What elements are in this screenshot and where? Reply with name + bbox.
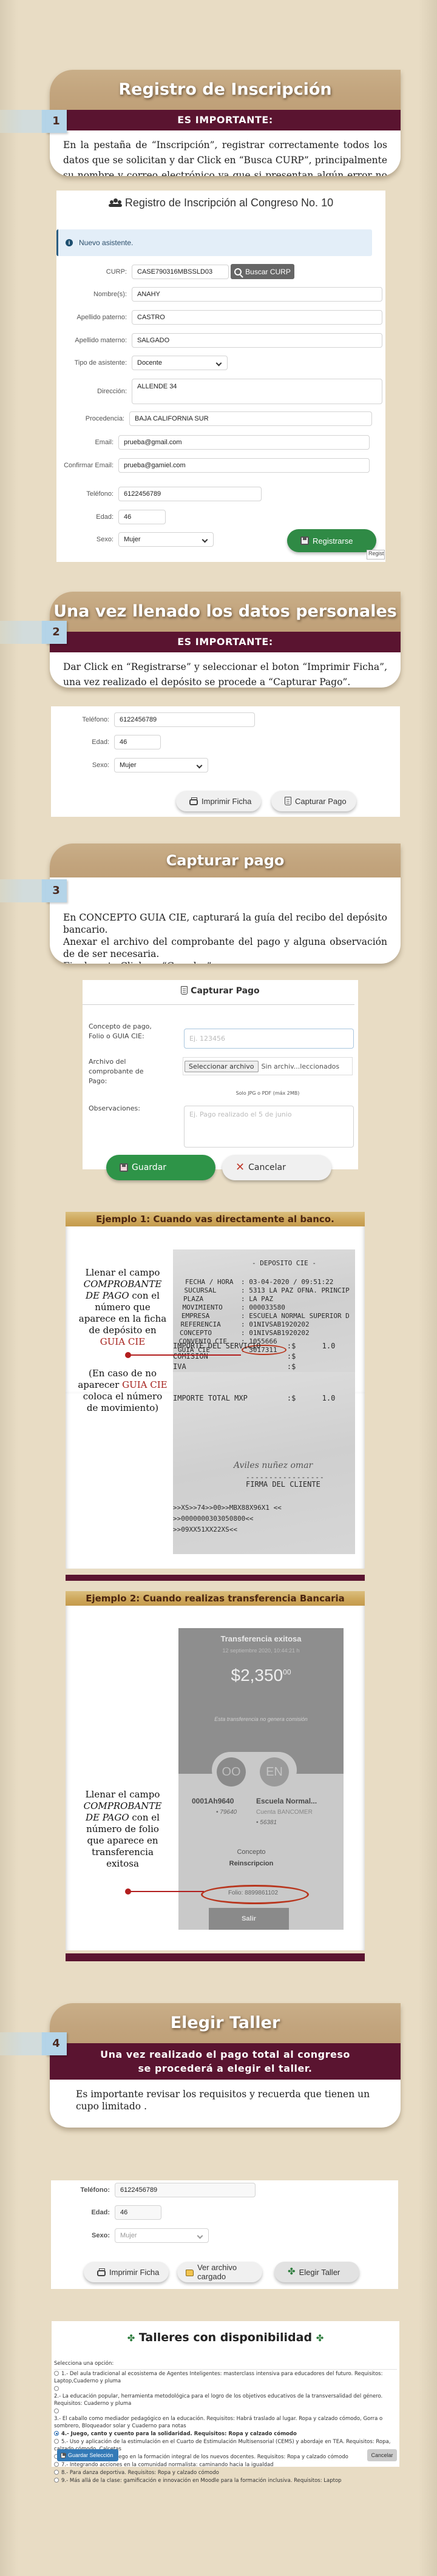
title-divider [83,1004,354,1005]
telefono-input[interactable]: 6122456789 [118,487,262,501]
step3-tab: 3 [0,879,67,902]
talleres-prompt: Selecciona una opción: [54,2360,113,2367]
taller-option[interactable]: 2.- La educación popular, herramienta me… [54,2385,399,2407]
step1-body: En la pestaña de “Inscripción”, registra… [50,130,401,176]
receipt-value: : 01NIVSAB1920202 [241,1320,310,1328]
buscar-curp-button[interactable]: Buscar CURP [231,264,294,279]
apellido-paterno-input[interactable]: CASTRO [132,310,382,325]
telefono-input[interactable]: 6122456789 [114,712,255,727]
email-input[interactable]: prueba@gmail.com [118,435,370,450]
step2-number: 2 [46,621,67,644]
receipt-key: REFERENCIA [181,1320,221,1328]
taller-option-label: 2.- La educación popular, herramienta me… [54,2393,382,2407]
telefono-label: Teléfono: [56,490,118,498]
radio-button[interactable] [54,2431,59,2436]
example1-connector [128,1354,241,1356]
receipt-scroll-icon [285,797,291,805]
receipt-value: : 01NIVSAB1920202 [241,1329,310,1337]
receipt-key: MOVIMIENTO [183,1303,223,1311]
receipt-key: EMPRESA [181,1312,209,1320]
radio-button[interactable] [54,2439,59,2444]
bank-receipt-image: - DEPOSITO CIE - FECHA / HORA: 03-04-202… [173,1249,355,1372]
clover-icon: ✤ [316,2333,324,2344]
step2-title: Una vez llenado los datos personales [50,592,401,632]
radio-button[interactable] [54,2478,59,2483]
talleres-modal: ✤ Talleres con disponibilidad ✤ Seleccio… [52,2321,399,2467]
receipt-scroll-icon [181,986,188,995]
nombre-label: Nombre(s): [56,291,132,298]
edad-input[interactable]: 46 [114,735,161,749]
confirmar-email-label: Confirmar Email: [56,462,118,469]
imprimir-ficha-button[interactable]: Imprimir Ficha [84,2262,169,2282]
step1-card: Registro de Inscripción ES IMPORTANTE: E… [50,70,401,176]
step4-number: 4 [46,2032,67,2055]
receipt-value: : LA PAZ [241,1295,273,1303]
taller-option[interactable]: 7.- Integrando acciones en la comunidad … [54,2461,399,2469]
telefono-label: Teléfono: [51,716,114,723]
concepto-label: Concepto de pago, Folio o GUIA CIE: [89,1022,155,1041]
receipt-amount-row: IMPORTE DEL SERVICIO :$ 1.0 [173,1342,335,1350]
edad-label: Edad: [56,513,118,521]
edad-label: Edad: [51,2209,115,2216]
example1-title: Ejemplo 1: Cuando vas directamente al ba… [66,1212,365,1226]
step4-band: Una vez realizado el pago total al congr… [50,2043,401,2080]
sexo-label: Sexo: [56,536,118,543]
apellido-materno-label: Apellido materno: [56,337,132,344]
sexo-select[interactable]: Mujer [114,758,208,772]
example1-note: (En caso de no aparecer GUIA CIE coloca … [77,1368,168,1414]
taller-option-label: 8.- Para danza deportiva. Requisitos: Ro… [61,2470,219,2476]
taller-option[interactable]: 4.- Juego, canto y cuento para la solida… [54,2430,399,2438]
printer-icon [97,2270,106,2276]
radio-button[interactable] [54,2386,59,2391]
receipt-key: CONCEPTO [180,1329,212,1337]
procedencia-input[interactable]: BAJA CALIFORNIA SUR [129,411,372,426]
taller-option-label: 3.- El caballo como mediador pedagógico … [54,2416,382,2429]
receipt-amount-row: COMISION :$ [173,1353,296,1361]
ver-archivo-button[interactable]: Ver archivo cargado [177,2262,262,2282]
capturar-pago-title: Capturar Pago [83,986,358,996]
step1-number: 1 [46,110,67,133]
prompt-divider [54,2369,397,2370]
floppy-icon [300,536,309,545]
tipo-asistente-select[interactable]: Docente [132,356,228,370]
taller-options: 1.- Del aula tradicional al ecosistema d… [54,2370,399,2485]
example1-instruction: Llenar el campo COMPROBANTE DE PAGO con … [77,1267,168,1348]
step2-body: Dar Click en “Registrarse” y seleccionar… [50,652,401,688]
taller-option-label: 9.- Más allá de la clase: gamificación e… [61,2478,342,2484]
taller-option-label: 7.- Integrando acciones en la comunidad … [61,2462,274,2468]
edad-label: Edad: [51,739,114,746]
taller-option-label: 4.- Juego, canto y cuento para la solida… [61,2431,297,2437]
file-hint: Solo JPG o PDF (máx 2MB) [183,1090,353,1096]
receipt-value: : ESCUELA NORMAL SUPERIOR D [241,1312,350,1320]
sexo-select[interactable]: Mujer [118,532,214,547]
concepto-input[interactable]: Ej. 123456 [184,1029,354,1049]
receipt-amount-row: IMPORTE TOTAL MXP :$ 1.0 [173,1394,335,1402]
registro-form: Registro de Inscripción al Congreso No. … [56,191,385,562]
registrarse-button[interactable]: Registrarse [287,529,376,552]
receipt-value: : 5313 LA PAZ OFNA. PRINCIP [241,1286,350,1294]
apellido-paterno-label: Apellido paterno: [56,314,132,321]
receipt-key: SUCURSAL [185,1286,217,1294]
receipt-value: : 03-04-2020 / 09:51:22 [241,1278,333,1286]
step3-card: Capturar pago En CONCEPTO GUIA CIE, capt… [50,843,401,964]
folder-icon [186,2270,194,2276]
step3-number: 3 [46,879,67,902]
floppy-icon [61,2453,66,2458]
edad-input[interactable]: 46 [115,2205,161,2220]
imprimir-ficha-button[interactable]: Imprimir Ficha [176,791,261,811]
step3-title: Capturar pago [50,843,401,877]
example2-divider [66,1953,365,1961]
radio-button[interactable] [54,2470,59,2475]
example2-instruction: Llenar el campo COMPROBANTE DE PAGO con … [77,1789,168,1870]
sexo-label: Sexo: [51,2232,115,2239]
x-icon: ✕ [235,1163,245,1172]
printer-icon [189,799,198,805]
procedencia-label: Procedencia: [56,415,129,422]
step1-title: Registro de Inscripción [50,70,401,110]
step4-tab: 4 [0,2032,67,2055]
telefono-label: Teléfono: [51,2186,115,2194]
example2-title: Ejemplo 2: Cuando realizas transferencia… [66,1591,365,1606]
nombre-input[interactable]: ANAHY [132,287,382,302]
search-icon [234,268,242,276]
info-icon: i [66,239,73,246]
clover-icon: ✤ [288,2268,296,2276]
step4-card: Elegir Taller Una vez realizado el pago … [50,2003,401,2128]
taller-option-label: 1.- Del aula tradicional al ecosistema d… [54,2371,382,2384]
step1-band: ES IMPORTANTE: [50,110,401,130]
registro-form-title: Registro de Inscripción al Congreso No. … [56,197,385,209]
sexo-select[interactable]: Mujer [115,2228,209,2243]
taller-option[interactable]: 1.- Del aula tradicional al ecosistema d… [54,2370,399,2385]
radio-button[interactable] [54,2462,59,2467]
taller-option[interactable]: 9.- Más allá de la clase: gamificación e… [54,2477,399,2484]
observaciones-label: Observaciones: [89,1104,140,1112]
curp-label: CURP: [56,268,132,276]
example2-connector [128,1891,204,1892]
sexo-label: Sexo: [51,762,114,769]
direccion-textarea[interactable]: ALLENDE 34 [132,379,382,404]
apellido-materno-input[interactable]: SALGADO [132,333,382,348]
step4-body: Es importante revisar los requisitos y r… [50,2080,401,2125]
file-status: Sin archiv...leccionados [262,1063,340,1070]
radio-button[interactable] [54,2371,59,2376]
file-input[interactable]: Seleccionar archivo Sin archiv...leccion… [183,1057,353,1075]
floppy-icon [120,1163,128,1172]
curp-input[interactable]: CASE790316MBSSLD03 [132,265,229,279]
step2-card: Una vez llenado los datos personales ES … [50,592,401,688]
example1-divider [66,1575,365,1581]
tipo-asistente-label: Tipo de asistente: [56,359,132,367]
receipt-value: : 000033580 [241,1303,285,1311]
step2-band: ES IMPORTANTE: [50,632,401,652]
direccion-label: Dirección: [56,388,132,395]
confirmar-email-input[interactable]: prueba@gamiel.com [118,458,370,473]
talleres-title: ✤ Talleres con disponibilidad ✤ [52,2331,399,2344]
step3-body: En CONCEPTO GUIA CIE, capturará la guía … [50,877,401,964]
bank-receipt-image-lower: IMPORTE TOTAL MXP :$ 1.0 Aviles nuñez om… [173,1372,355,1554]
radio-button[interactable] [54,2409,59,2413]
select-file-button[interactable]: Seleccionar archivo [185,1061,259,1072]
step1-tab: 1 [0,110,67,133]
cancelar-button[interactable]: ✕ Cancelar [222,1155,331,1180]
receipt-amount-row: IVA :$ [173,1363,296,1371]
users-icon [109,198,122,206]
capturar-pago-form: Capturar Pago Concepto de pago, Folio o … [83,980,358,1169]
clover-icon: ✤ [127,2333,135,2344]
guardar-button[interactable]: Guardar [106,1155,215,1180]
archivo-label: Archivo del comprobante de Pago: [89,1057,155,1086]
receipt-key: FECHA / HORA [185,1278,233,1286]
telefono-input[interactable]: 6122456789 [115,2183,256,2197]
registrarse-tooltip: Registra [367,550,385,559]
edad-input[interactable]: 46 [118,510,166,524]
folio-highlight [201,1885,309,1904]
step2-tab: 2 [0,621,67,644]
transfer-screenshot: Transferencia exitosa 12 septiembre 2020… [178,1628,344,1930]
guardar-seleccion-button[interactable]: Guardar Selección [57,2449,118,2461]
talleres-cancelar-button[interactable]: Cancelar [367,2449,397,2461]
elegir-taller-button[interactable]: ✤ Elegir Taller [274,2262,359,2282]
receipt-key: PLAZA [183,1295,203,1303]
info-alert: i Nuevo asistente. [56,229,372,256]
step4-title: Elegir Taller [50,2003,401,2043]
taller-option[interactable]: 3.- El caballo como mediador pedagógico … [54,2408,399,2430]
email-label: Email: [56,439,118,446]
observaciones-textarea[interactable]: Ej. Pago realizado el 5 de junio [184,1106,354,1148]
taller-option[interactable]: 8.- Para danza deportiva. Requisitos: Ro… [54,2469,399,2476]
capturar-pago-button[interactable]: Capturar Pago [271,791,356,811]
